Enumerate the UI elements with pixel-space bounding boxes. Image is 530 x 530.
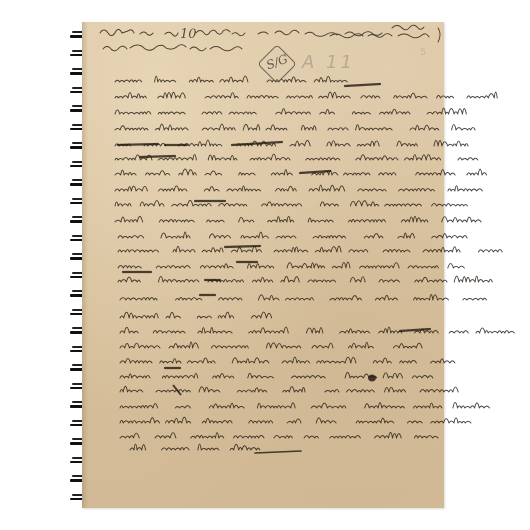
notebook-cover — [82, 22, 444, 508]
handwritten-word — [467, 169, 487, 175]
manuscript-top-right-note: Kapitel — [0, 0, 1, 1]
manuscript-header-1: Lied aus den 10 Wunderschöne ... ihr Sch… — [0, 0, 1, 1]
handwritten-word — [449, 331, 468, 333]
notebook-product-image: 10 — [0, 0, 530, 530]
handwritten-word — [476, 328, 514, 333]
handwritten-word — [442, 217, 481, 222]
handwritten-word — [458, 158, 478, 160]
handwritten-word — [467, 92, 497, 98]
handwritten-word — [478, 250, 502, 252]
page-mark: 5 — [420, 47, 426, 58]
manuscript-header-2: diesen Morgenstunden zu spielen — [0, 0, 1, 1]
handwritten-word — [454, 276, 492, 282]
handwritten-word — [448, 264, 465, 268]
pencil-annotation: A 11 — [302, 52, 355, 73]
cover-binding-shadow — [82, 22, 88, 508]
handwritten-word — [453, 402, 490, 408]
handwritten-word — [463, 298, 487, 300]
handwritten-word — [452, 125, 475, 130]
handwritten-word — [448, 186, 483, 191]
